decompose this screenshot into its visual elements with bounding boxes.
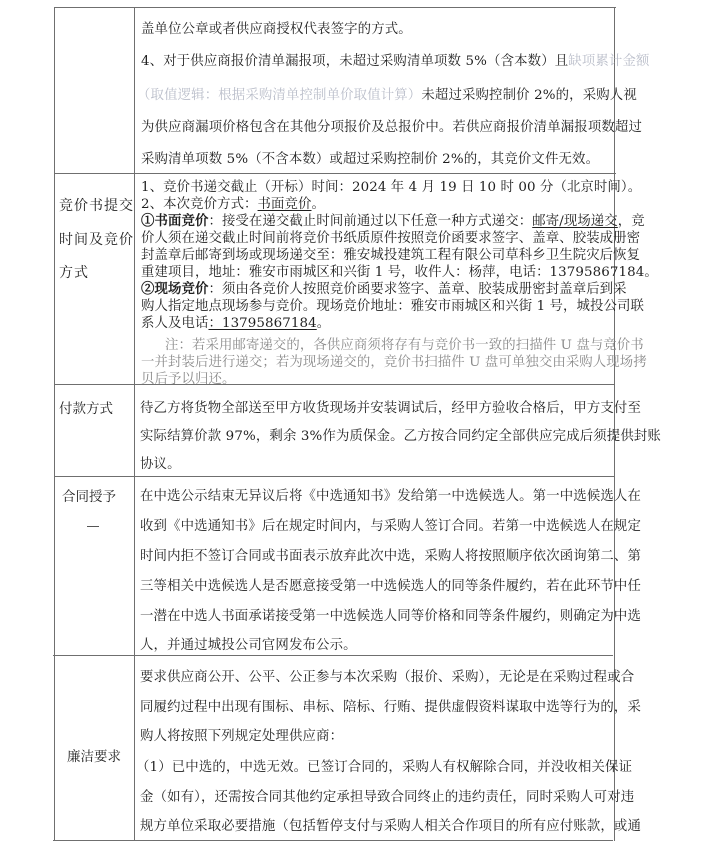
column-divider [134, 7, 135, 841]
contract-line-4: 三等相关中选候选人是否愿意接受第一中选候选人的同等条件履约，若在此环节中任 [140, 575, 641, 594]
integrity-label: 廉洁要求 [67, 745, 121, 765]
continuation-line-1: 盖单位公章或者供应商授权代表签字的方式。 [141, 18, 412, 37]
row-divider-4 [53, 655, 613, 656]
contract-line-6: 人，并通过城投公司官网发布公示。 [140, 634, 357, 653]
onsite-contact-suffix: 。 [317, 316, 331, 331]
row-divider-3 [54, 476, 614, 477]
continuation-line-5: 采购清单项数 5%（不含本数）或超过采购控制价 2%的，其竞价文件无效。 [141, 148, 599, 167]
payment-label: 付款方式 [59, 397, 113, 417]
submission-label-line-3: 方式 [59, 262, 89, 282]
contract-line-3: 时间内拒不签订合同或书面表示放弃此次中选，采购人将按照顺序依次函询第二、第 [140, 545, 641, 564]
row-divider-2 [54, 384, 615, 385]
integrity-line-6: 规方单位采取必要措施（包括暂停支付与采购人相关合作项目的所有应付账款，或通 [140, 815, 641, 834]
submission-label-line-2: 时间及竞价 [59, 229, 134, 249]
continuation-line-4: 为供应商漏项价格包含在其他分项报价及总报价中。若供应商报价清单漏报项数超过 [141, 116, 642, 135]
rule-4-text: 4、对于供应商报价清单漏报项，未超过采购清单项数 5%（含本数）且 [141, 54, 568, 69]
table-border-top [54, 7, 616, 8]
integrity-line-1: 要求供应商公开、公平、公正参与本次采购（报价、采购），无论是在采购过程或合 [140, 666, 634, 685]
integrity-line-4: （1）已中选的，中选无效。已签订合同的，采购人有权解除合同，并没收相关保证 [136, 756, 632, 775]
document-page: 盖单位公章或者供应商授权代表签字的方式。 4、对于供应商报价清单漏报项，未超过采… [0, 0, 708, 846]
rule-4-gray-text: 缺项累计金额 [568, 54, 649, 69]
submission-label-line-1: 竞价书提交 [59, 195, 134, 215]
payment-line-3: 协议。 [140, 453, 181, 472]
rule-4-text-cont: 未超过采购控制价 2%的，采购人视 [421, 88, 637, 103]
contract-label: 合同授予 [62, 485, 116, 505]
contract-line-2: 收到《中选通知书》后在规定时间内，与采购人签订合同。若第一中选候选人在规定 [140, 515, 641, 534]
rule-4-gray-note: （取值逻辑：根据采购清单控制单价取值计算） [137, 88, 421, 103]
integrity-line-2: 同履约过程中出现有围标、串标、陪标、行贿、提供虚假资料谋取中选等行为的，采 [140, 696, 641, 715]
onsite-bid-line-3: 系人及电话：13795867184。 [141, 312, 330, 331]
contract-label-dash [87, 526, 99, 527]
integrity-line-3: 购人将按照下列规定处理供应商： [140, 725, 343, 744]
submission-note-line-3: 贝后予以归还。 [141, 368, 235, 387]
contract-line-1: 在中选公示结束无异议后将《中选通知书》发给第一中选候选人。第一中选候选人在 [140, 485, 641, 504]
table-border-left [54, 7, 55, 841]
table-border-bottom [53, 840, 613, 841]
payment-line-1: 待乙方将货物全部送至甲方收货现场并安装调试后，经甲方验收合格后，甲方支付至 [140, 397, 641, 416]
integrity-line-5: 金（如有），还需按合同其他约定承担导致合同终止的违约责任，同时采购人可对违 [140, 786, 634, 805]
onsite-contact-phone: ：13795867184 [208, 316, 316, 331]
onsite-contact-prefix: 系人及电话 [141, 316, 208, 331]
contract-line-5: 一潜在中选人书面承诺接受第一中选候选人同等价格和同等条件履约，则确定为中选 [140, 605, 641, 624]
continuation-line-3: （取值逻辑：根据采购清单控制单价取值计算）未超过采购控制价 2%的，采购人视 [137, 84, 637, 103]
payment-line-2: 实际结算价款 97%，剩余 3%作为质保金。乙方按合同约定全部供应完成后须提供封… [140, 425, 661, 444]
continuation-line-2: 4、对于供应商报价清单漏报项，未超过采购清单项数 5%（含本数）且缺项累计金额 [141, 50, 650, 69]
row-divider-1 [54, 173, 616, 174]
